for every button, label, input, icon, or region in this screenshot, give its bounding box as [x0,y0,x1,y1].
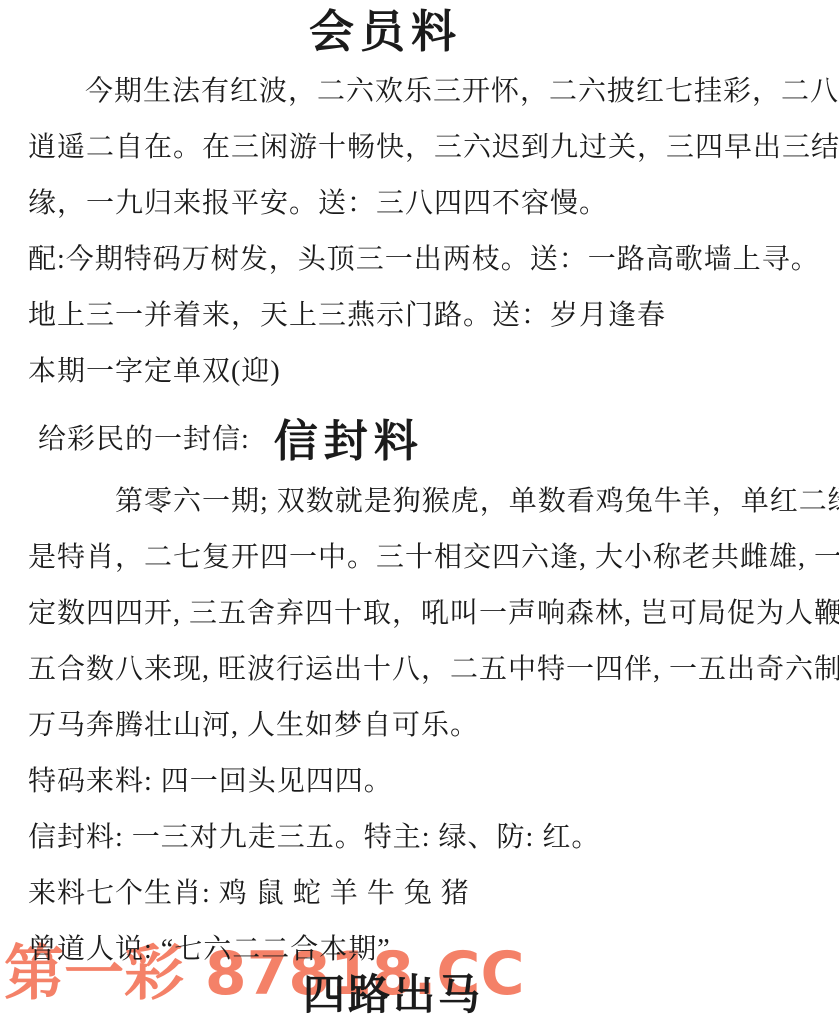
envelope-line: 五合数八来现, 旺波行运出十八，二五中特一四伴, 一五出奇六制胜, [28,642,835,698]
envelope-line: 特码来料: 四一回头见四四。 [28,754,835,810]
envelope-intro-label: 给彩民的一封信: [28,417,250,457]
member-line: 配:今期特码万树发，头顶三一出两枝。送：一路高歌墙上寻。 [28,232,835,288]
member-line: 本期一字定单双(迎) [28,344,835,400]
document-body: 会员料 今期生法有红波，二六欢乐三开怀，二六披红七挂彩，二八 逍遥二自在。在三闲… [0,0,839,1022]
member-line: 今期生法有红波，二六欢乐三开怀，二六披红七挂彩，二八 [28,64,835,120]
envelope-line: 来料七个生肖: 鸡 鼠 蛇 羊 牛 兔 猪 [28,866,835,922]
envelope-line: 是特肖，二七复开四一中。三十相交四六逢, 大小称老共雌雄, 一一 [28,530,835,586]
envelope-line: 信封料: 一三对九走三五。特主: 绿、防: 红。 [28,810,835,866]
envelope-section-title: 信封料 [274,405,424,469]
envelope-section-header: 给彩民的一封信: 信封料 [28,400,839,474]
member-line: 地上三一并着来，天上三燕示门路。送：岁月逢春 [28,288,835,344]
envelope-line: 万马奔腾壮山河, 人生如梦自可乐。 [28,698,835,754]
envelope-line: 第零六一期; 双数就是狗猴虎，单数看鸡兔牛羊，单红二绿 [28,474,835,530]
member-section-title: 会员料 [0,0,805,64]
member-line: 逍遥二自在。在三闲游十畅快，三六迟到九过关，三四早出三结 [28,120,835,176]
envelope-line: 定数四四开, 三五舍弃四十取，吼叫一声响森林, 岂可局促为人鞭, 四 [28,586,835,642]
bottom-section-heading: 四路出马 [303,962,839,1022]
member-line: 缘，一九归来报平安。送：三八四四不容慢。 [28,176,835,232]
